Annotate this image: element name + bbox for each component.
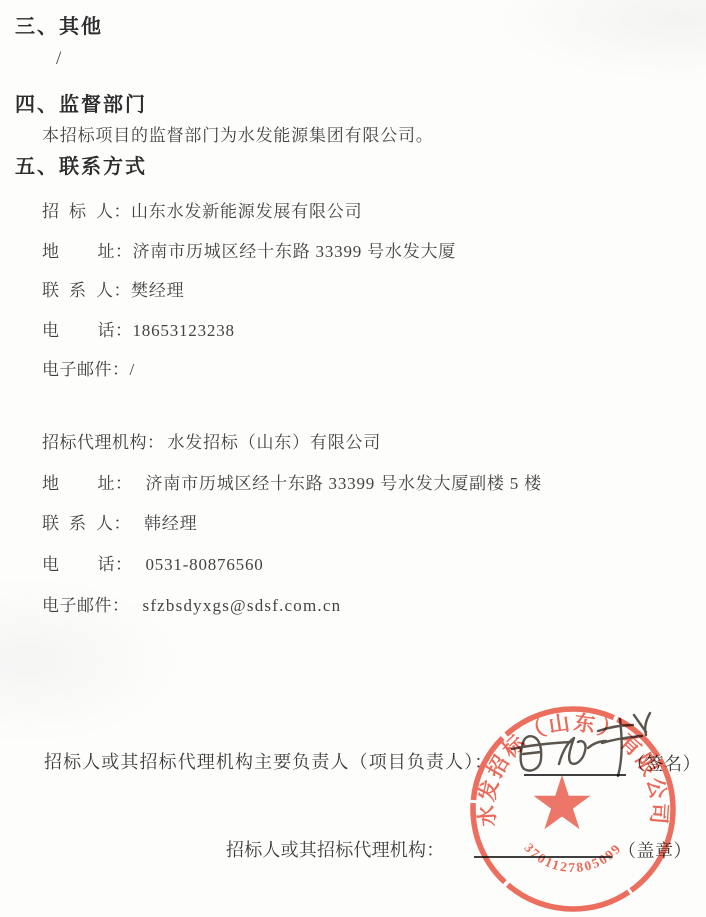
- org-signoff-label: 招标人或其招标代理机构：: [226, 836, 444, 862]
- document-page: 三、其他 / 四、监督部门 本招标项目的监督部门为水发能源集团有限公司。 五、联…: [0, 0, 706, 917]
- tenderer-phone: 18653123238: [133, 321, 235, 341]
- agency-name: 水发招标（山东）有限公司: [165, 428, 382, 453]
- agency-contact-label: 联 系 人：: [42, 509, 131, 534]
- tenderer-name: 山东水发新能源发展有限公司: [131, 197, 362, 222]
- agency-row: 联 系 人： 韩经理: [42, 509, 542, 550]
- tenderer-row: 招 标 人： 山东水发新能源发展有限公司: [42, 197, 456, 237]
- supervision-paragraph: 本招标项目的监督部门为水发能源集团有限公司。: [42, 121, 434, 146]
- seal-serial-text: 3701127805099: [521, 840, 624, 875]
- agency-row: 招标代理机构： 水发招标（山东）有限公司: [42, 428, 542, 469]
- signature-strokes: [512, 713, 650, 776]
- tenderer-label: 招 标 人：: [42, 197, 131, 222]
- tenderer-contact-block: 招 标 人： 山东水发新能源发展有限公司 地 址： 济南市历城区经十东路 333…: [42, 197, 456, 395]
- principal-signoff-label: 招标人或其招标代理机构主要负责人（项目负责人）：: [44, 748, 493, 774]
- tenderer-row: 联 系 人： 樊经理: [42, 276, 456, 316]
- tenderer-row: 电子邮件： /: [42, 355, 456, 395]
- section-heading-supervision: 四、监督部门: [15, 88, 147, 117]
- tenderer-email-label: 电子邮件：: [42, 355, 130, 380]
- section-heading-contact: 五、联系方式: [15, 150, 147, 179]
- tenderer-address: 济南市历城区经十东路 33399 号水发大厦: [133, 237, 457, 262]
- tenderer-contact-label: 联 系 人：: [42, 276, 131, 301]
- signature-name: 韩绍军: [0, 0, 1, 1]
- agency-phone-label: 电 话：: [42, 550, 133, 575]
- agency-row: 电 话： 0531-80876560: [42, 550, 542, 591]
- tenderer-row: 电 话： 18653123238: [42, 316, 456, 356]
- agency-email-label: 电子邮件：: [42, 591, 130, 616]
- tenderer-phone-label: 电 话：: [42, 316, 133, 341]
- section-heading-other: 三、其他: [15, 10, 103, 39]
- agency-row: 电子邮件： sfzbsdyxgs@sdsf.com.cn: [42, 591, 542, 632]
- handwritten-signature: [505, 708, 665, 786]
- agency-address: 济南市历城区经十东路 33399 号水发大厦副楼 5 楼: [133, 469, 542, 494]
- agency-phone: 0531-80876560: [133, 555, 264, 575]
- tenderer-email: /: [130, 360, 136, 380]
- agency-email: sfzbsdyxgs@sdsf.com.cn: [130, 596, 342, 616]
- agency-contact-block: 招标代理机构： 水发招标（山东）有限公司 地 址： 济南市历城区经十东路 333…: [42, 428, 542, 631]
- section-other-body: /: [56, 48, 61, 70]
- tenderer-row: 地 址： 济南市历城区经十东路 33399 号水发大厦: [42, 237, 456, 277]
- agency-contact-person: 韩经理: [131, 509, 197, 534]
- tenderer-address-label: 地 址：: [42, 237, 133, 262]
- seal-serial-arc: 3701127805099: [521, 840, 624, 875]
- agency-label: 招标代理机构：: [42, 428, 165, 453]
- agency-address-label: 地 址：: [42, 469, 133, 494]
- tenderer-contact-person: 樊经理: [131, 276, 184, 301]
- agency-row: 地 址： 济南市历城区经十东路 33399 号水发大厦副楼 5 楼: [42, 469, 542, 510]
